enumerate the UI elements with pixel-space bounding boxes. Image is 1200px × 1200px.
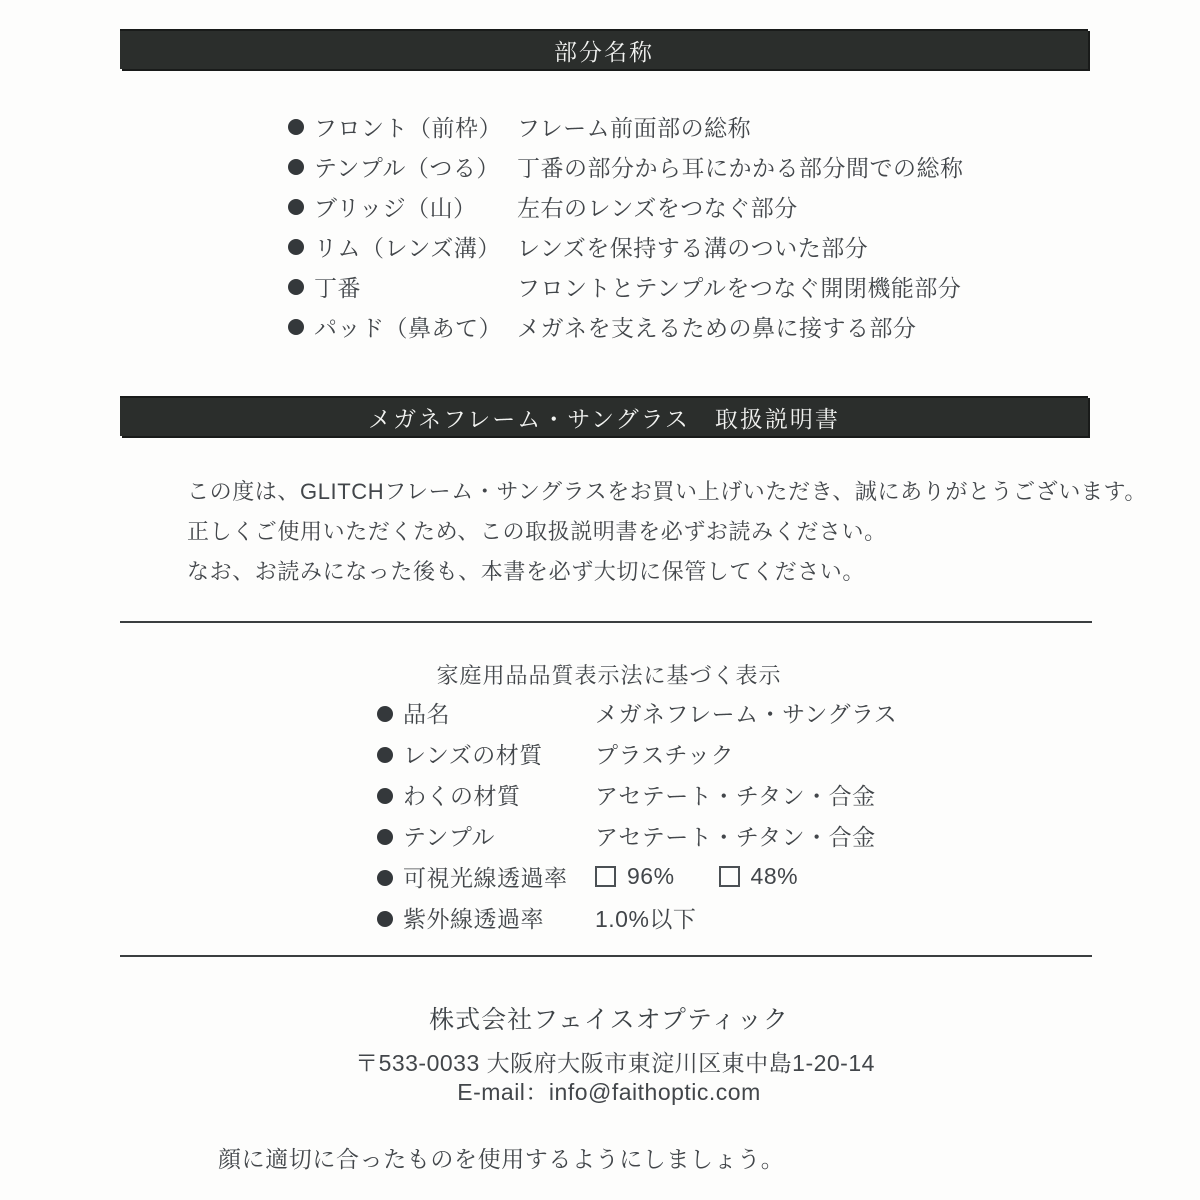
bullet-icon (377, 747, 393, 763)
scanned-instruction-document: 部分名称 フロント（前枠） フレーム前面部の総称 テンプル（つる） 丁番の部分か… (0, 0, 1200, 1200)
bullet-icon (288, 239, 304, 255)
company-name: 株式会社フェイスオプティック (120, 1000, 1098, 1036)
spec-label: テンプル (403, 819, 595, 852)
spec-value: プラスチック (595, 737, 734, 770)
company-email: E-mail：info@faithoptic.com (120, 1074, 1098, 1107)
spec-value: 1.0%以下 (595, 901, 696, 934)
checkbox-icon (719, 866, 740, 887)
spec-list: 品名 メガネフレーム・サングラス レンズの材質 プラスチック わくの材質 アセテ… (377, 692, 897, 938)
part-row-rim: リム（レンズ溝） レンズを保持する溝のついた部分 (288, 226, 964, 266)
bullet-icon (377, 829, 393, 845)
spec-row-light-transmittance: 可視光線透過率 96% 48% (377, 856, 897, 897)
parts-section-title: 部分名称 (554, 34, 654, 67)
bullet-icon (288, 279, 304, 295)
spec-label: レンズの材質 (403, 737, 595, 770)
bullet-icon (377, 706, 393, 722)
checkbox-label: 96% (627, 863, 675, 890)
part-label: 丁番 (314, 270, 517, 303)
part-row-front: フロント（前枠） フレーム前面部の総称 (288, 106, 964, 146)
part-description: メガネを支えるための鼻に接する部分 (517, 310, 917, 343)
spec-row-frame-material: わくの材質 アセテート・チタン・合金 (377, 774, 897, 815)
spec-row-uv-transmittance: 紫外線透過率 1.0%以下 (377, 897, 897, 938)
checkbox-option-48: 48% (719, 863, 799, 890)
part-row-bridge: ブリッジ（山） 左右のレンズをつなぐ部分 (288, 186, 964, 226)
usage-note: 顔に適切に合ったものを使用するようにしましょう。 (218, 1141, 784, 1174)
parts-section-header-bar: 部分名称 (120, 29, 1088, 69)
spec-label: 品名 (403, 696, 595, 729)
spec-label: わくの材質 (403, 778, 595, 811)
bullet-icon (377, 788, 393, 804)
manual-section-title: メガネフレーム・サングラス 取扱説明書 (368, 401, 840, 434)
manual-section-header-bar: メガネフレーム・サングラス 取扱説明書 (120, 396, 1088, 436)
bullet-icon (288, 159, 304, 175)
intro-paragraph: この度は、GLITCHフレーム・サングラスをお買い上げいただき、誠にありがとうご… (187, 472, 1147, 592)
spec-label: 紫外線透過率 (403, 901, 595, 934)
part-row-pad: パッド（鼻あて） メガネを支えるための鼻に接する部分 (288, 306, 964, 346)
parts-list: フロント（前枠） フレーム前面部の総称 テンプル（つる） 丁番の部分から耳にかか… (288, 106, 964, 346)
spec-row-product-name: 品名 メガネフレーム・サングラス (377, 692, 897, 733)
part-row-hinge: 丁番 フロントとテンプルをつなぐ開閉機能部分 (288, 266, 964, 306)
checkbox-icon (595, 866, 616, 887)
part-label: ブリッジ（山） (314, 190, 517, 223)
spec-row-lens-material: レンズの材質 プラスチック (377, 733, 897, 774)
bullet-icon (288, 119, 304, 135)
part-description: フロントとテンプルをつなぐ開閉機能部分 (517, 270, 961, 303)
part-description: レンズを保持する溝のついた部分 (517, 230, 868, 263)
bullet-icon (377, 911, 393, 927)
paragraph-line: この度は、GLITCHフレーム・サングラスをお買い上げいただき、誠にありがとうご… (187, 472, 1147, 512)
part-label: フロント（前枠） (314, 110, 517, 143)
part-description: 左右のレンズをつなぐ部分 (517, 190, 798, 223)
quality-section-heading: 家庭用品品質表示法に基づく表示 (120, 659, 1098, 690)
spec-value: アセテート・チタン・合金 (595, 819, 876, 852)
part-label: パッド（鼻あて） (314, 310, 517, 343)
spec-value: アセテート・チタン・合金 (595, 778, 876, 811)
bullet-icon (288, 199, 304, 215)
spec-checkbox-group: 96% 48% (595, 863, 798, 890)
horizontal-divider (120, 621, 1092, 623)
spec-value: メガネフレーム・サングラス (595, 696, 897, 729)
bullet-icon (377, 870, 393, 886)
checkbox-option-96: 96% (595, 863, 675, 890)
checkbox-label: 48% (751, 863, 799, 890)
bullet-icon (288, 319, 304, 335)
horizontal-divider (120, 955, 1092, 957)
spec-label: 可視光線透過率 (403, 860, 595, 893)
part-description: フレーム前面部の総称 (517, 110, 751, 143)
paragraph-line: 正しくご使用いただくため、この取扱説明書を必ずお読みください。 (187, 512, 1147, 552)
paragraph-line: なお、お読みになった後も、本書を必ず大切に保管してください。 (187, 552, 1147, 592)
spec-row-temple-material: テンプル アセテート・チタン・合金 (377, 815, 897, 856)
part-description: 丁番の部分から耳にかかる部分間での総称 (517, 150, 964, 183)
part-label: リム（レンズ溝） (314, 230, 517, 263)
part-label: テンプル（つる） (314, 150, 517, 183)
part-row-temple: テンプル（つる） 丁番の部分から耳にかかる部分間での総称 (288, 146, 964, 186)
